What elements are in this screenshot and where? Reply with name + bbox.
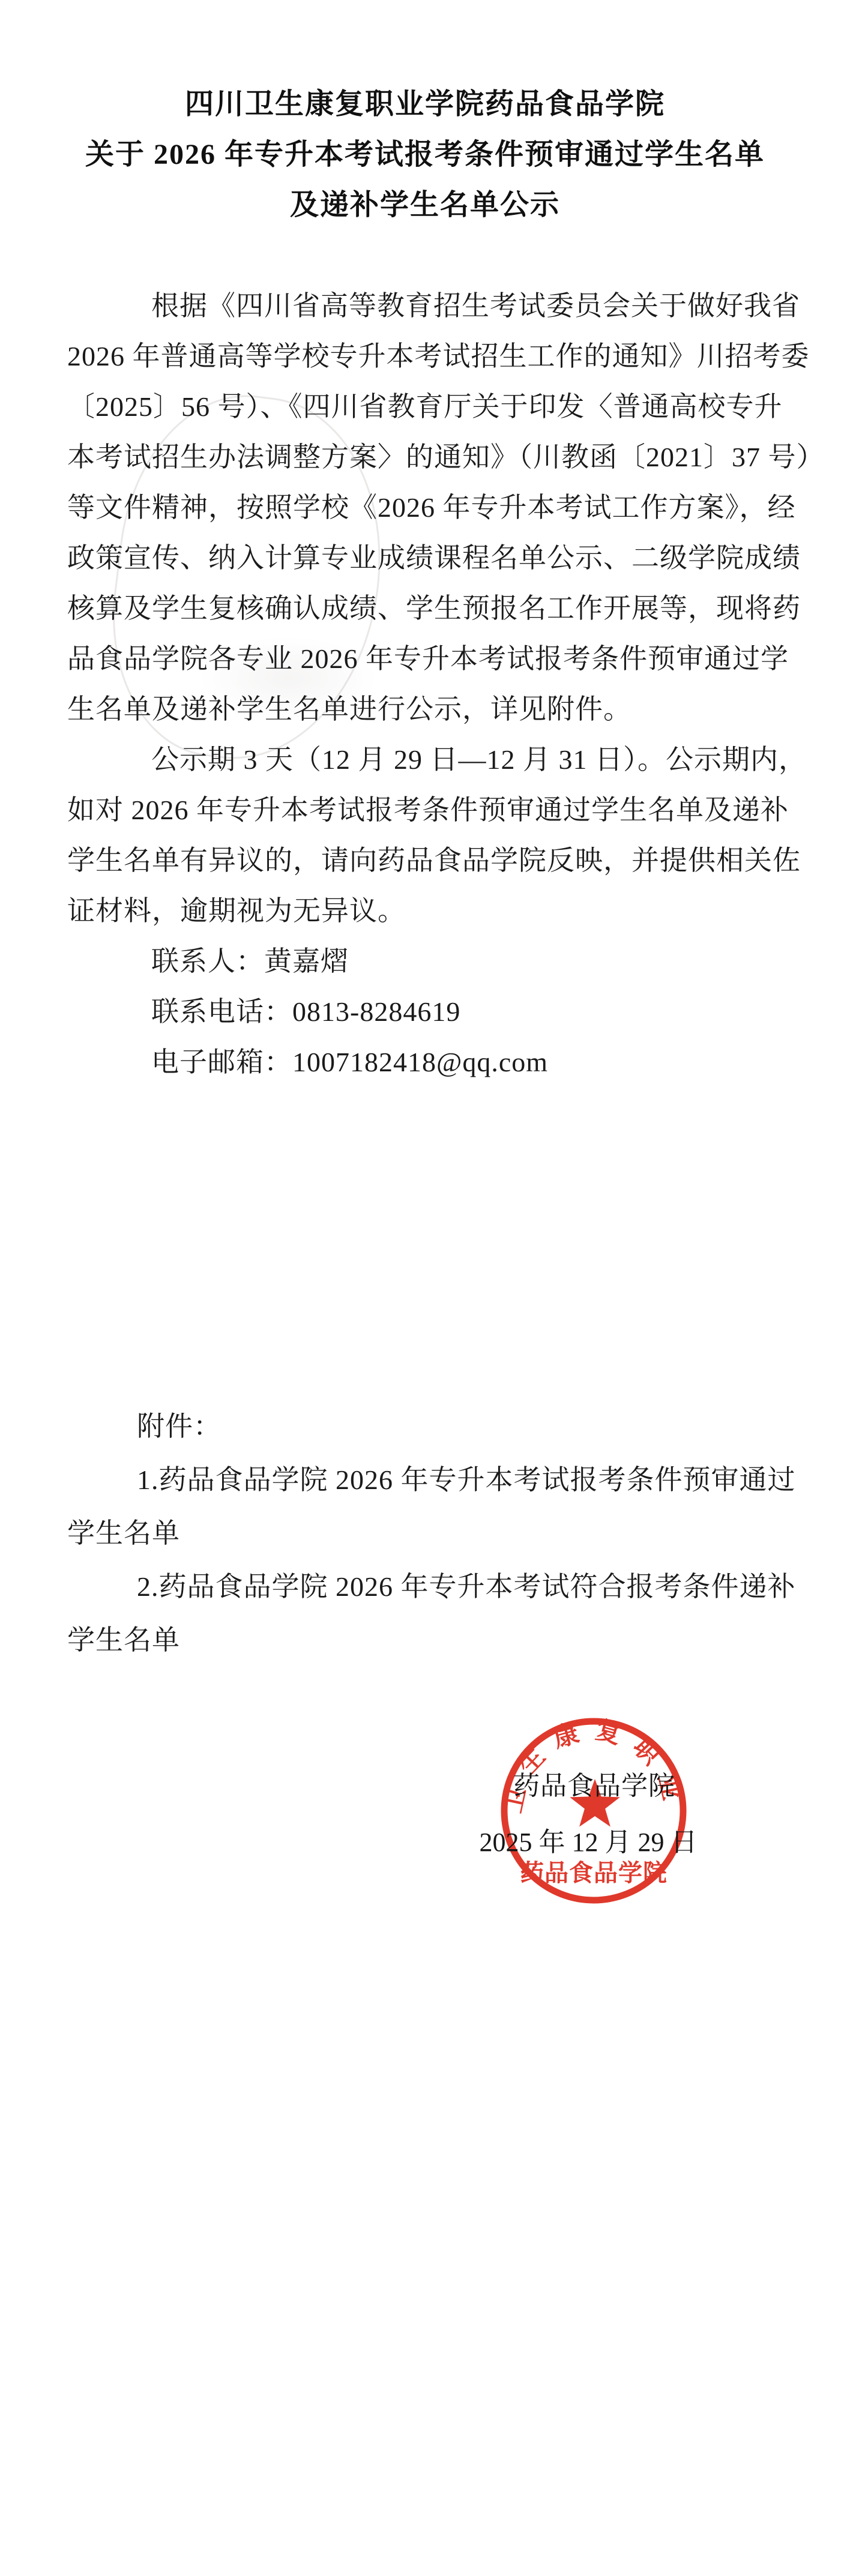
attachments-header: 附件： <box>67 1400 809 1453</box>
official-seal: 四川卫生康复职业学院 药品食品学院 <box>497 1711 690 1911</box>
para1-line: 生名单及递补学生名单进行公示，详见附件。 <box>67 684 809 735</box>
attachments-section: 附件： 1.药品食品学院 2026 年专升本考试报考条件预审通过 学生名单 2.… <box>67 1400 809 1667</box>
document-page: 四川卫生康复职业学院药品食品学院 关于 2026 年专升本考试报考条件预审通过学… <box>0 0 850 2576</box>
signature-college: 药品食品学院 <box>468 1772 720 1801</box>
title-line-3: 及递补学生名单公示 <box>0 180 850 230</box>
attachment-item-2-cont: 学生名单 <box>67 1613 809 1667</box>
contact-person: 联系人：黄嘉熠 <box>67 936 809 987</box>
para1-line: 〔2025〕56 号）、《四川省教育厅关于印发〈普通高校专升 <box>67 382 809 432</box>
para1-line: 2026 年普通高等学校专升本考试招生工作的通知》川招考委 <box>67 331 809 382</box>
attachment-item-1: 1.药品食品学院 2026 年专升本考试报考条件预审通过 <box>67 1453 809 1506</box>
para2-line: 证材料，逾期视为无异议。 <box>67 886 809 936</box>
para1-line: 根据《四川省高等教育招生考试委员会关于做好我省 <box>67 281 809 331</box>
title-line-1: 四川卫生康复职业学院药品食品学院 <box>0 79 850 130</box>
para1-line: 等文件精神，按照学校《2026 年专升本考试工作方案》，经 <box>67 483 809 533</box>
seal-graphic: 四川卫生康复职业学院 药品食品学院 <box>497 1711 690 1911</box>
title-line-2: 关于 2026 年专升本考试报考条件预审通过学生名单 <box>0 130 850 180</box>
para1-line: 核算及学生复核确认成绩、学生预报名工作开展等，现将药 <box>67 583 809 634</box>
attachment-item-2: 2.药品食品学院 2026 年专升本考试符合报考条件递补 <box>67 1560 809 1613</box>
attachment-item-1-cont: 学生名单 <box>67 1506 809 1560</box>
para2-line: 如对 2026 年专升本考试报考条件预审通过学生名单及递补 <box>67 785 809 835</box>
signature-date: 2025 年 12 月 29 日 <box>462 1828 714 1857</box>
para1-line: 政策宣传、纳入计算专业成绩课程名单公示、二级学院成绩 <box>67 533 809 583</box>
para2-line: 学生名单有异议的，请向药品食品学院反映，并提供相关佐 <box>67 835 809 886</box>
contact-email: 电子邮箱：1007182418@qq.com <box>67 1037 809 1088</box>
seal-bottom-label: 药品食品学院 <box>520 1859 668 1886</box>
document-title: 四川卫生康复职业学院药品食品学院 关于 2026 年专升本考试报考条件预审通过学… <box>0 79 850 230</box>
para1-line: 品食品学院各专业 2026 年专升本考试报考条件预审通过学 <box>67 634 809 684</box>
para2-line: 公示期 3 天（12 月 29 日—12 月 31 日）。公示期内， <box>67 735 809 785</box>
contact-phone: 联系电话：0813-8284619 <box>67 987 809 1037</box>
document-body: 根据《四川省高等教育招生考试委员会关于做好我省 2026 年普通高等学校专升本考… <box>67 281 809 1088</box>
para1-line: 本考试招生办法调整方案〉的通知》（川教函〔2021〕37 号） <box>67 432 809 483</box>
